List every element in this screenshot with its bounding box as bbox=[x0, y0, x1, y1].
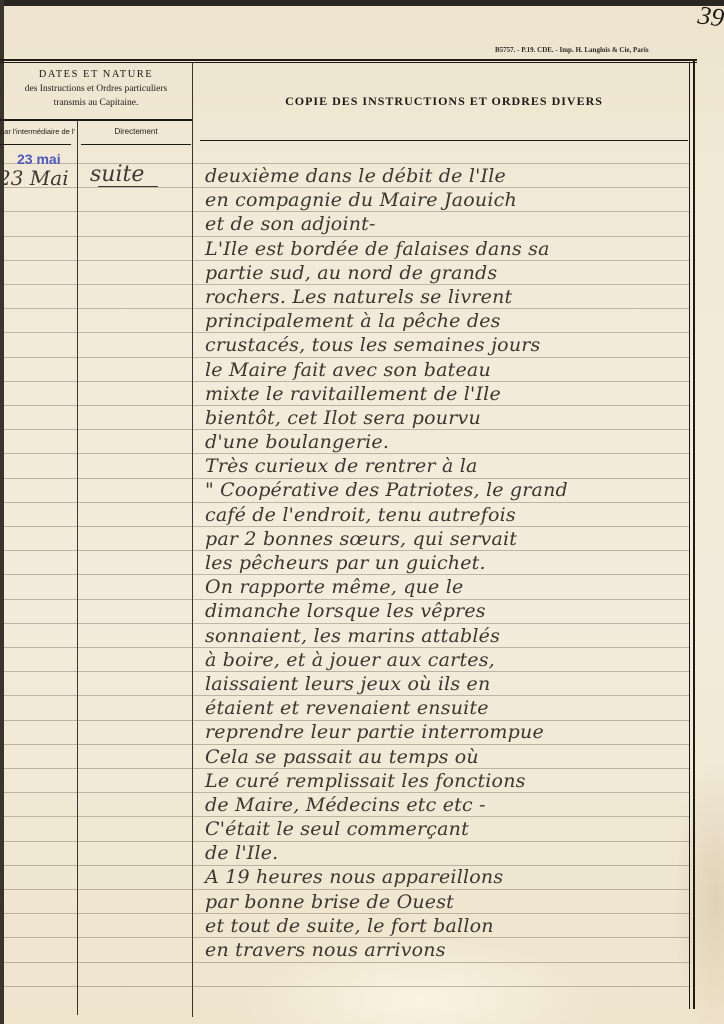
ruled-line bbox=[4, 986, 689, 987]
handwritten-text-block: deuxième dans le débit de l'Ileen compag… bbox=[205, 164, 705, 962]
column-header-directement: Directement bbox=[80, 127, 192, 136]
handwritten-line: et tout de suite, le fort ballon bbox=[205, 914, 705, 938]
left-header-title: DATES ET NATURE bbox=[0, 69, 192, 80]
handwritten-line: de l'Ile. bbox=[205, 841, 705, 865]
handwritten-line: deuxième dans le débit de l'Ile bbox=[205, 164, 705, 188]
page-number: 39 bbox=[696, 0, 724, 33]
handwritten-line: Très curieux de rentrer à la bbox=[205, 454, 705, 478]
handwritten-line: bientôt, cet Ilot sera pourvu bbox=[205, 406, 705, 430]
left-header-subtitle-2: transmis au Capitaine. bbox=[0, 98, 192, 108]
handwritten-line: crustacés, tous les semaines jours bbox=[205, 333, 705, 357]
directement-underline bbox=[98, 186, 158, 187]
handwritten-line: et de son adjoint- bbox=[205, 212, 705, 236]
handwritten-line: A 19 heures nous appareillons bbox=[205, 865, 705, 889]
handwritten-line: en travers nous arrivons bbox=[205, 938, 705, 962]
handwritten-line: L'Ile est bordée de falaises dans sa bbox=[205, 237, 705, 261]
subheader-underline-agence bbox=[0, 144, 71, 145]
subheader-underline-directement bbox=[81, 144, 191, 145]
handwritten-line: Cela se passait au temps où bbox=[205, 745, 705, 769]
handwritten-line: d'une boulangerie. bbox=[205, 430, 705, 454]
main-header-title: COPIE DES INSTRUCTIONS ET ORDRES DIVERS bbox=[200, 94, 688, 109]
handwritten-line: " Coopérative des Patriotes, le grand bbox=[205, 478, 705, 502]
handwritten-line: partie sud, au nord de grands bbox=[205, 261, 705, 285]
handwritten-line: le Maire fait avec son bateau bbox=[205, 358, 705, 382]
directement-handwritten: suite bbox=[90, 162, 144, 187]
handwritten-line: On rapporte même, que le bbox=[205, 575, 705, 599]
handwritten-line: C'était le seul commerçant bbox=[205, 817, 705, 841]
handwritten-line: rochers. Les naturels se livrent bbox=[205, 285, 705, 309]
handwritten-line: Le curé remplissait les fonctions bbox=[205, 769, 705, 793]
handwritten-line: principalement à la pêche des bbox=[205, 309, 705, 333]
scan-edge-left bbox=[0, 0, 4, 1024]
column-divider-left bbox=[77, 120, 78, 1015]
handwritten-line: les pêcheurs par un guichet. bbox=[205, 551, 705, 575]
main-header-underline bbox=[200, 140, 688, 141]
handwritten-line: sonnaient, les marins attablés bbox=[205, 624, 705, 648]
left-header-subtitle-1: des Instructions et Ordres particuliers bbox=[0, 84, 192, 94]
table-border-top-inner bbox=[0, 62, 697, 63]
scan-edge-top bbox=[0, 0, 724, 6]
date-handwritten: 23 Mai bbox=[0, 166, 69, 190]
printer-imprint: B5757. - P.19. CDE. - Imp. H. Langlois &… bbox=[495, 46, 649, 54]
handwritten-line: de Maire, Médecins etc etc - bbox=[205, 793, 705, 817]
handwritten-line: mixte le ravitaillement de l'Ile bbox=[205, 382, 705, 406]
handwritten-line: par 2 bonnes sœurs, qui servait bbox=[205, 527, 705, 551]
handwritten-line: dimanche lorsque les vêpres bbox=[205, 599, 705, 623]
handwritten-line: par bonne brise de Ouest bbox=[205, 890, 705, 914]
left-header-divider bbox=[0, 119, 192, 121]
handwritten-line: reprendre leur partie interrompue bbox=[205, 720, 705, 744]
table-border-top bbox=[0, 59, 697, 61]
column-header-agence: par l'intermédiaire de l'Agence bbox=[0, 127, 75, 136]
handwritten-line: étaient et revenaient ensuite bbox=[205, 696, 705, 720]
column-divider-main bbox=[192, 62, 193, 1017]
date-annotation-overlay: 23 mai bbox=[17, 151, 61, 167]
handwritten-line: café de l'endroit, tenu autrefois bbox=[205, 503, 705, 527]
handwritten-line: en compagnie du Maire Jaouich bbox=[205, 188, 705, 212]
logbook-page: 39 B5757. - P.19. CDE. - Imp. H. Langloi… bbox=[0, 0, 724, 1024]
handwritten-line: laissaient leurs jeux où ils en bbox=[205, 672, 705, 696]
handwritten-line: à boire, et à jouer aux cartes, bbox=[205, 648, 705, 672]
